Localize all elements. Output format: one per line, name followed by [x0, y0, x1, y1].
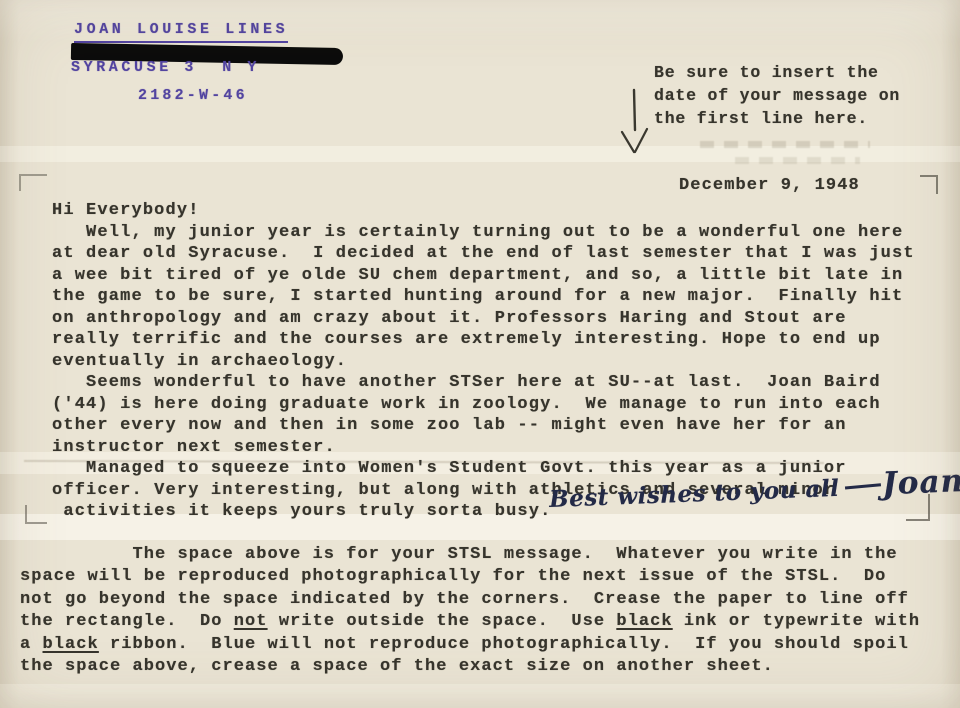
typed-line: eventually in archaeology.	[52, 351, 915, 373]
typed-line: instructor next semester.	[52, 437, 915, 459]
typed-line: space will be reproduced photographicall…	[20, 566, 920, 588]
corner-mark-bottom-left	[25, 505, 47, 524]
instructions-paragraph: The space above is for your STSL message…	[20, 544, 920, 678]
typed-line: on anthropology and am crazy about it. P…	[52, 308, 915, 330]
signature-name: Joan	[881, 463, 960, 502]
corner-mark-top-right	[920, 175, 938, 194]
typed-line: the first line here.	[654, 107, 900, 130]
typed-line: Hi Everybody!	[52, 200, 915, 222]
typed-line: the game to be sure, I started hunting a…	[52, 286, 915, 308]
signature-flourish	[845, 483, 881, 489]
typed-line: date of your message on	[654, 84, 900, 107]
typed-line: really terrific and the courses are extr…	[52, 329, 915, 351]
typed-line: Seems wonderful to have another STSer he…	[52, 372, 915, 394]
date-line: December 9, 1948	[679, 176, 860, 195]
typed-line: not go beyond the space indicated by the…	[20, 589, 920, 611]
typed-line: the rectangle. Do not write outside the …	[20, 611, 920, 633]
corner-mark-top-left	[19, 174, 47, 191]
down-arrow-icon	[616, 86, 656, 158]
faded-stamp-marks	[700, 141, 870, 148]
typed-line: other every now and then in some zoo lab…	[52, 415, 915, 437]
typed-line: Well, my junior year is certainly turnin…	[52, 222, 915, 244]
sender-city-stamp: SYRACUSE 3 N Y	[71, 59, 260, 76]
typed-line: ('44) is here doing graduate work in zoo…	[52, 394, 915, 416]
letter-page: JOAN LOUISE LINES SYRACUSE 3 N Y 2182-W-…	[0, 0, 960, 708]
faded-stamp-marks	[735, 157, 860, 164]
sender-phone-stamp: 2182-W-46	[138, 87, 248, 104]
typed-line: a wee bit tired of ye olde SU chem depar…	[52, 265, 915, 287]
typed-line: at dear old Syracuse. I decided at the e…	[52, 243, 915, 265]
typed-line: a black ribbon. Blue will not reproduce …	[20, 634, 920, 656]
typed-line: the space above, crease a space of the e…	[20, 656, 920, 678]
sender-name-stamp: JOAN LOUISE LINES	[74, 21, 288, 43]
typed-line: The space above is for your STSL message…	[20, 544, 920, 566]
reminder-note: Be sure to insert thedate of your messag…	[654, 61, 900, 130]
typed-line: Be sure to insert the	[654, 61, 900, 84]
paper-crease	[0, 684, 960, 708]
